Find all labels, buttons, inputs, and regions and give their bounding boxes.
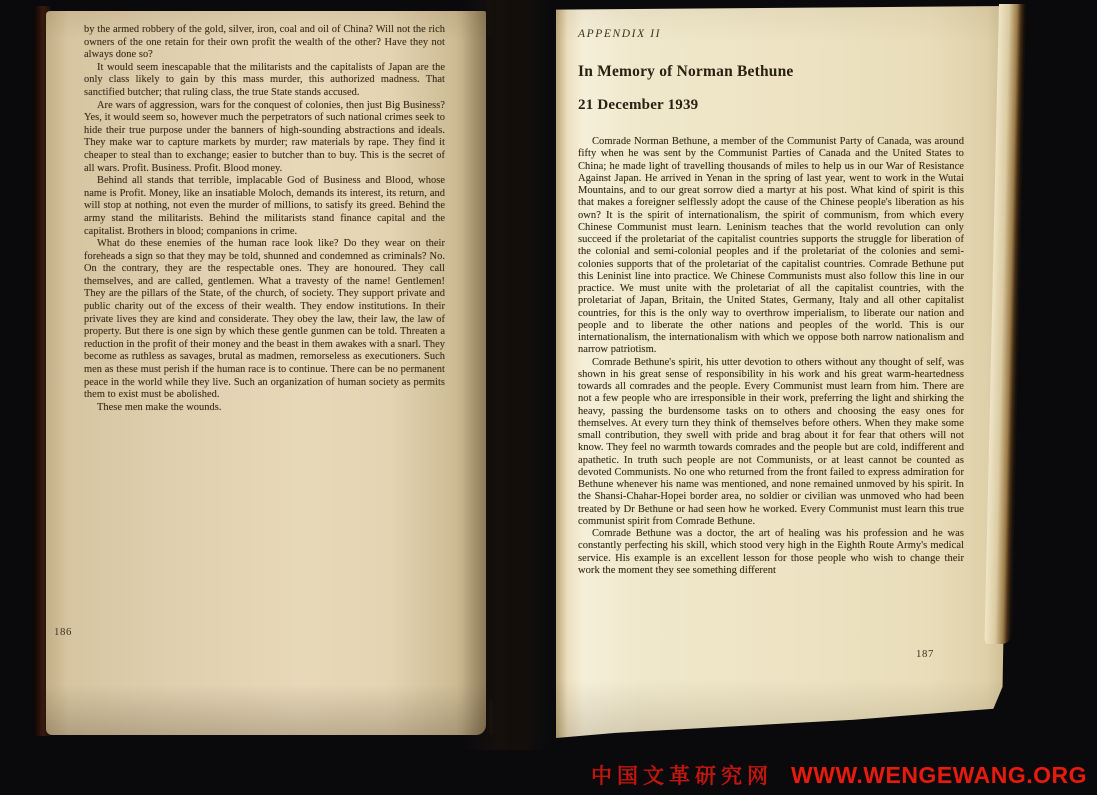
watermark-site-name: 中国文革研究网 <box>591 765 773 788</box>
paragraph: Behind all stands that terrible, implaca… <box>84 175 445 238</box>
watermark: 中国文革研究网WWW.WENGEWANG.ORG <box>0 760 1087 790</box>
page-number-left: 186 <box>54 626 72 638</box>
left-page-body: by the armed robbery of the gold, silver… <box>84 24 445 414</box>
right-page-body: Comrade Norman Bethune, a member of the … <box>578 136 964 577</box>
watermark-site-url: WWW.WENGEWANG.ORG <box>791 762 1087 788</box>
chapter-title: In Memory of Norman Bethune <box>578 63 794 81</box>
paragraph: by the armed robbery of the gold, silver… <box>84 24 445 62</box>
paragraph: What do these enemies of the human race … <box>84 238 445 402</box>
paragraph: Comrade Bethune was a doctor, the art of… <box>578 528 964 577</box>
paragraph: Comrade Bethune's spirit, his utter devo… <box>578 357 964 529</box>
page-number-right: 187 <box>916 648 934 660</box>
text-layer: by the armed robbery of the gold, silver… <box>0 0 1097 795</box>
chapter-date: 21 December 1939 <box>578 97 698 114</box>
paragraph: Comrade Norman Bethune, a member of the … <box>578 136 964 357</box>
paragraph: It would seem inescapable that the milit… <box>84 62 445 100</box>
paragraph: Are wars of aggression, wars for the con… <box>84 100 445 176</box>
book-scan-photo: by the armed robbery of the gold, silver… <box>0 0 1097 795</box>
paragraph: These men make the wounds. <box>84 402 445 415</box>
running-head: APPENDIX II <box>578 28 661 40</box>
